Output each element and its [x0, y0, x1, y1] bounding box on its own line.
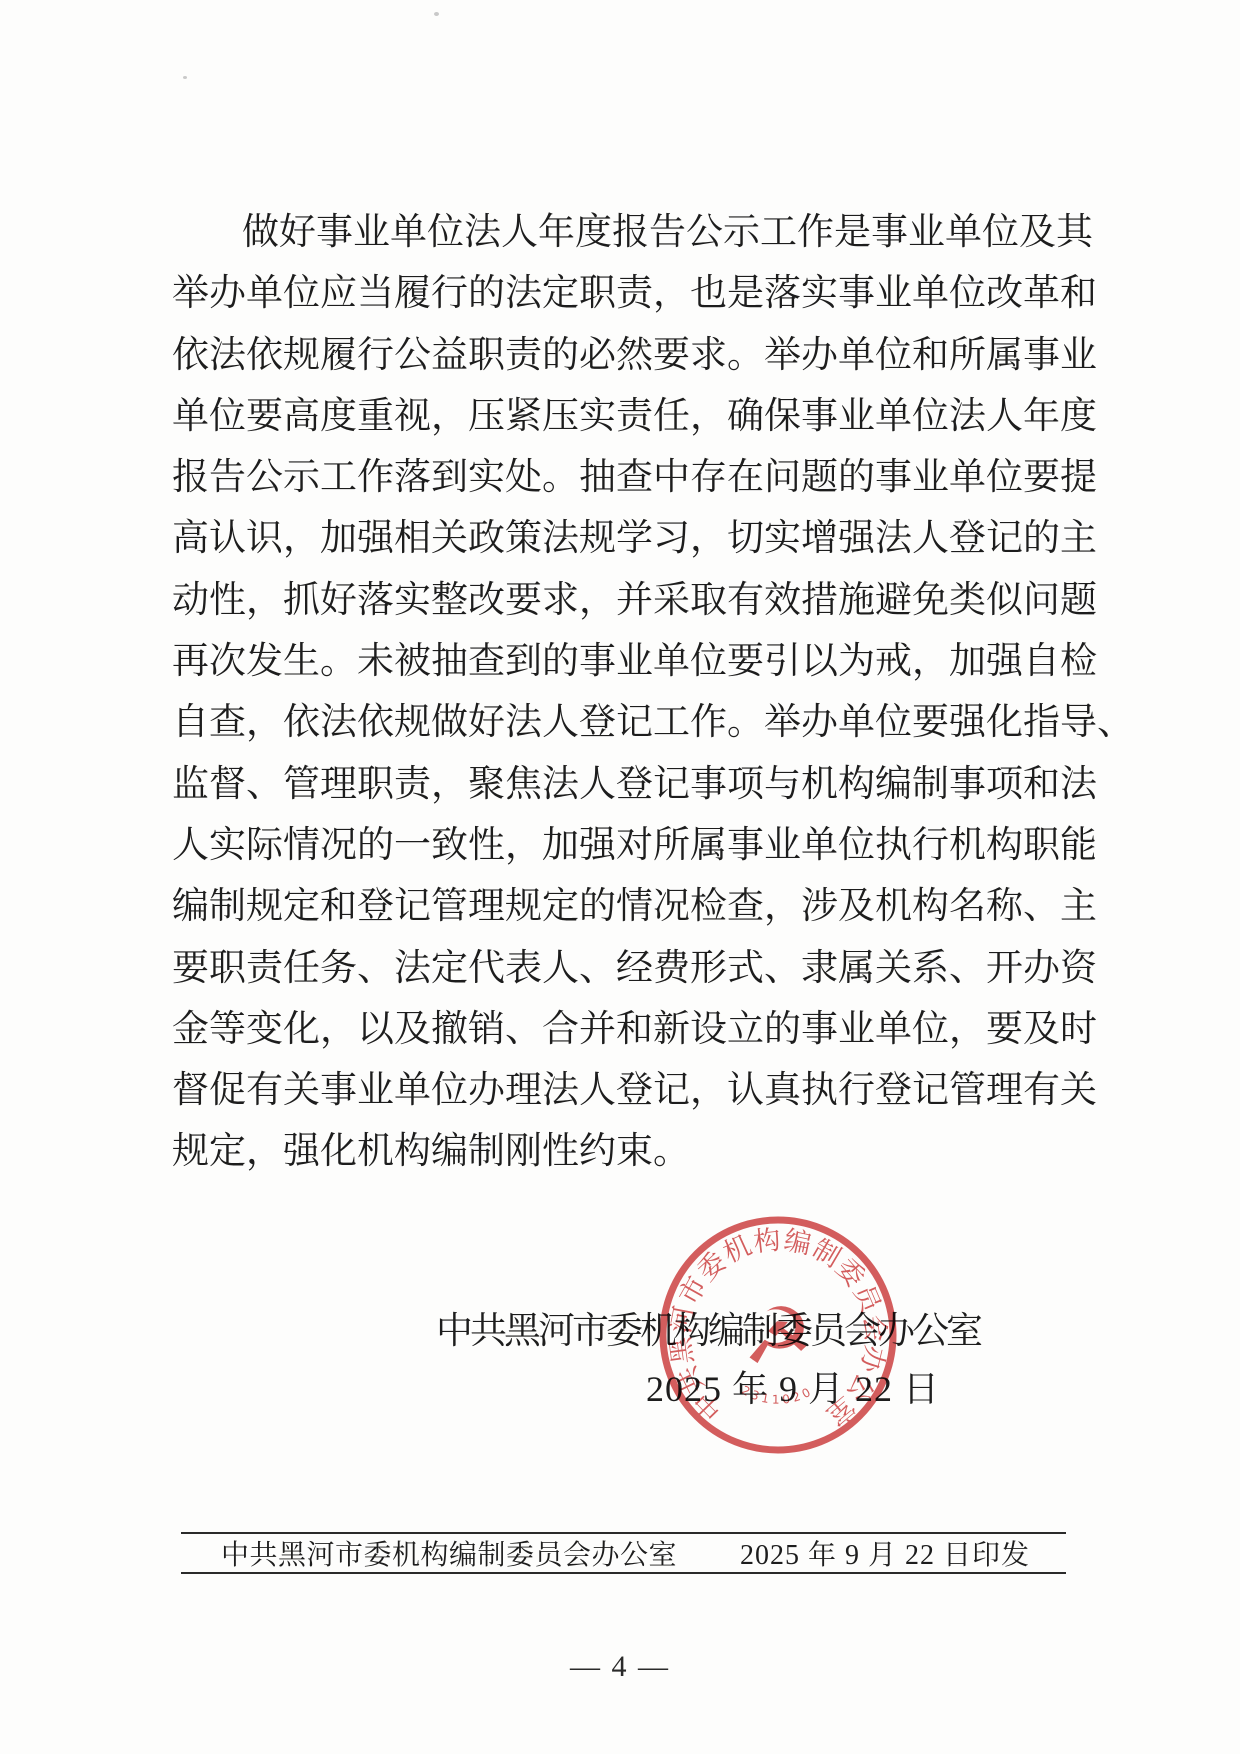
body-line: 高认识，加强相关政策法规学习，切实增强法人登记的主 — [172, 508, 1060, 569]
body-line: 举办单位应当履行的法定职责，也是落实事业单位改革和 — [172, 263, 1060, 324]
scan-speck — [183, 76, 187, 79]
body-line: 编制规定和登记管理规定的情况检查，涉及机构名称、主 — [172, 876, 1060, 937]
footer-issuer: 中共黑河市委机构编制委员会办公室 — [221, 1533, 677, 1573]
party-emblem-icon: ☭ — [743, 1292, 813, 1382]
body-line: 督促有关事业单位办理法人登记，认真执行登记管理有关 — [172, 1060, 1060, 1121]
footer-issue-bar: 中共黑河市委机构编制委员会办公室 2025 年 9 月 22 日印发 — [181, 1532, 1066, 1574]
body-line: 人实际情况的一致性，加强对所属事业单位执行机构职能 — [172, 815, 1060, 876]
body-line: 单位要高度重视，压紧压实责任，确保事业单位法人年度 — [172, 386, 1060, 447]
body-line: 报告公示工作落到实处。抽查中存在问题的事业单位要提 — [172, 447, 1060, 508]
body-line: 再次发生。未被抽查到的事业单位要引以为戒，加强自检 — [172, 631, 1060, 692]
page-number: — 4 — — [0, 1650, 1240, 1684]
official-seal: 中共黑河市委机构编制委员会办公室 ☭ 2311020101641 — [656, 1213, 900, 1457]
footer-print-date: 2025 年 9 月 22 日印发 — [740, 1533, 1030, 1573]
scan-speck — [434, 12, 439, 16]
body-line: 金等变化，以及撤销、合并和新设立的事业单位，要及时 — [172, 999, 1060, 1060]
body-line: 依法依规履行公益职责的必然要求。举办单位和所属事业 — [172, 325, 1060, 386]
body-paragraph: 做好事业单位法人年度报告公示工作是事业单位及其 举办单位应当履行的法定职责，也是… — [172, 202, 1060, 1183]
body-line: 要职责任务、法定代表人、经费形式、隶属关系、开办资 — [172, 938, 1060, 999]
body-line: 监督、管理职责，聚焦法人登记事项与机构编制事项和法 — [172, 754, 1060, 815]
document-page: 做好事业单位法人年度报告公示工作是事业单位及其 举办单位应当履行的法定职责，也是… — [0, 0, 1240, 1754]
body-line: 做好事业单位法人年度报告公示工作是事业单位及其 — [172, 202, 1060, 263]
body-line: 自查，依法依规做好法人登记工作。举办单位要强化指导、 — [172, 692, 1060, 753]
body-line: 规定，强化机构编制刚性约束。 — [172, 1121, 1060, 1182]
body-line: 动性，抓好落实整改要求，并采取有效措施避免类似问题 — [172, 570, 1060, 631]
